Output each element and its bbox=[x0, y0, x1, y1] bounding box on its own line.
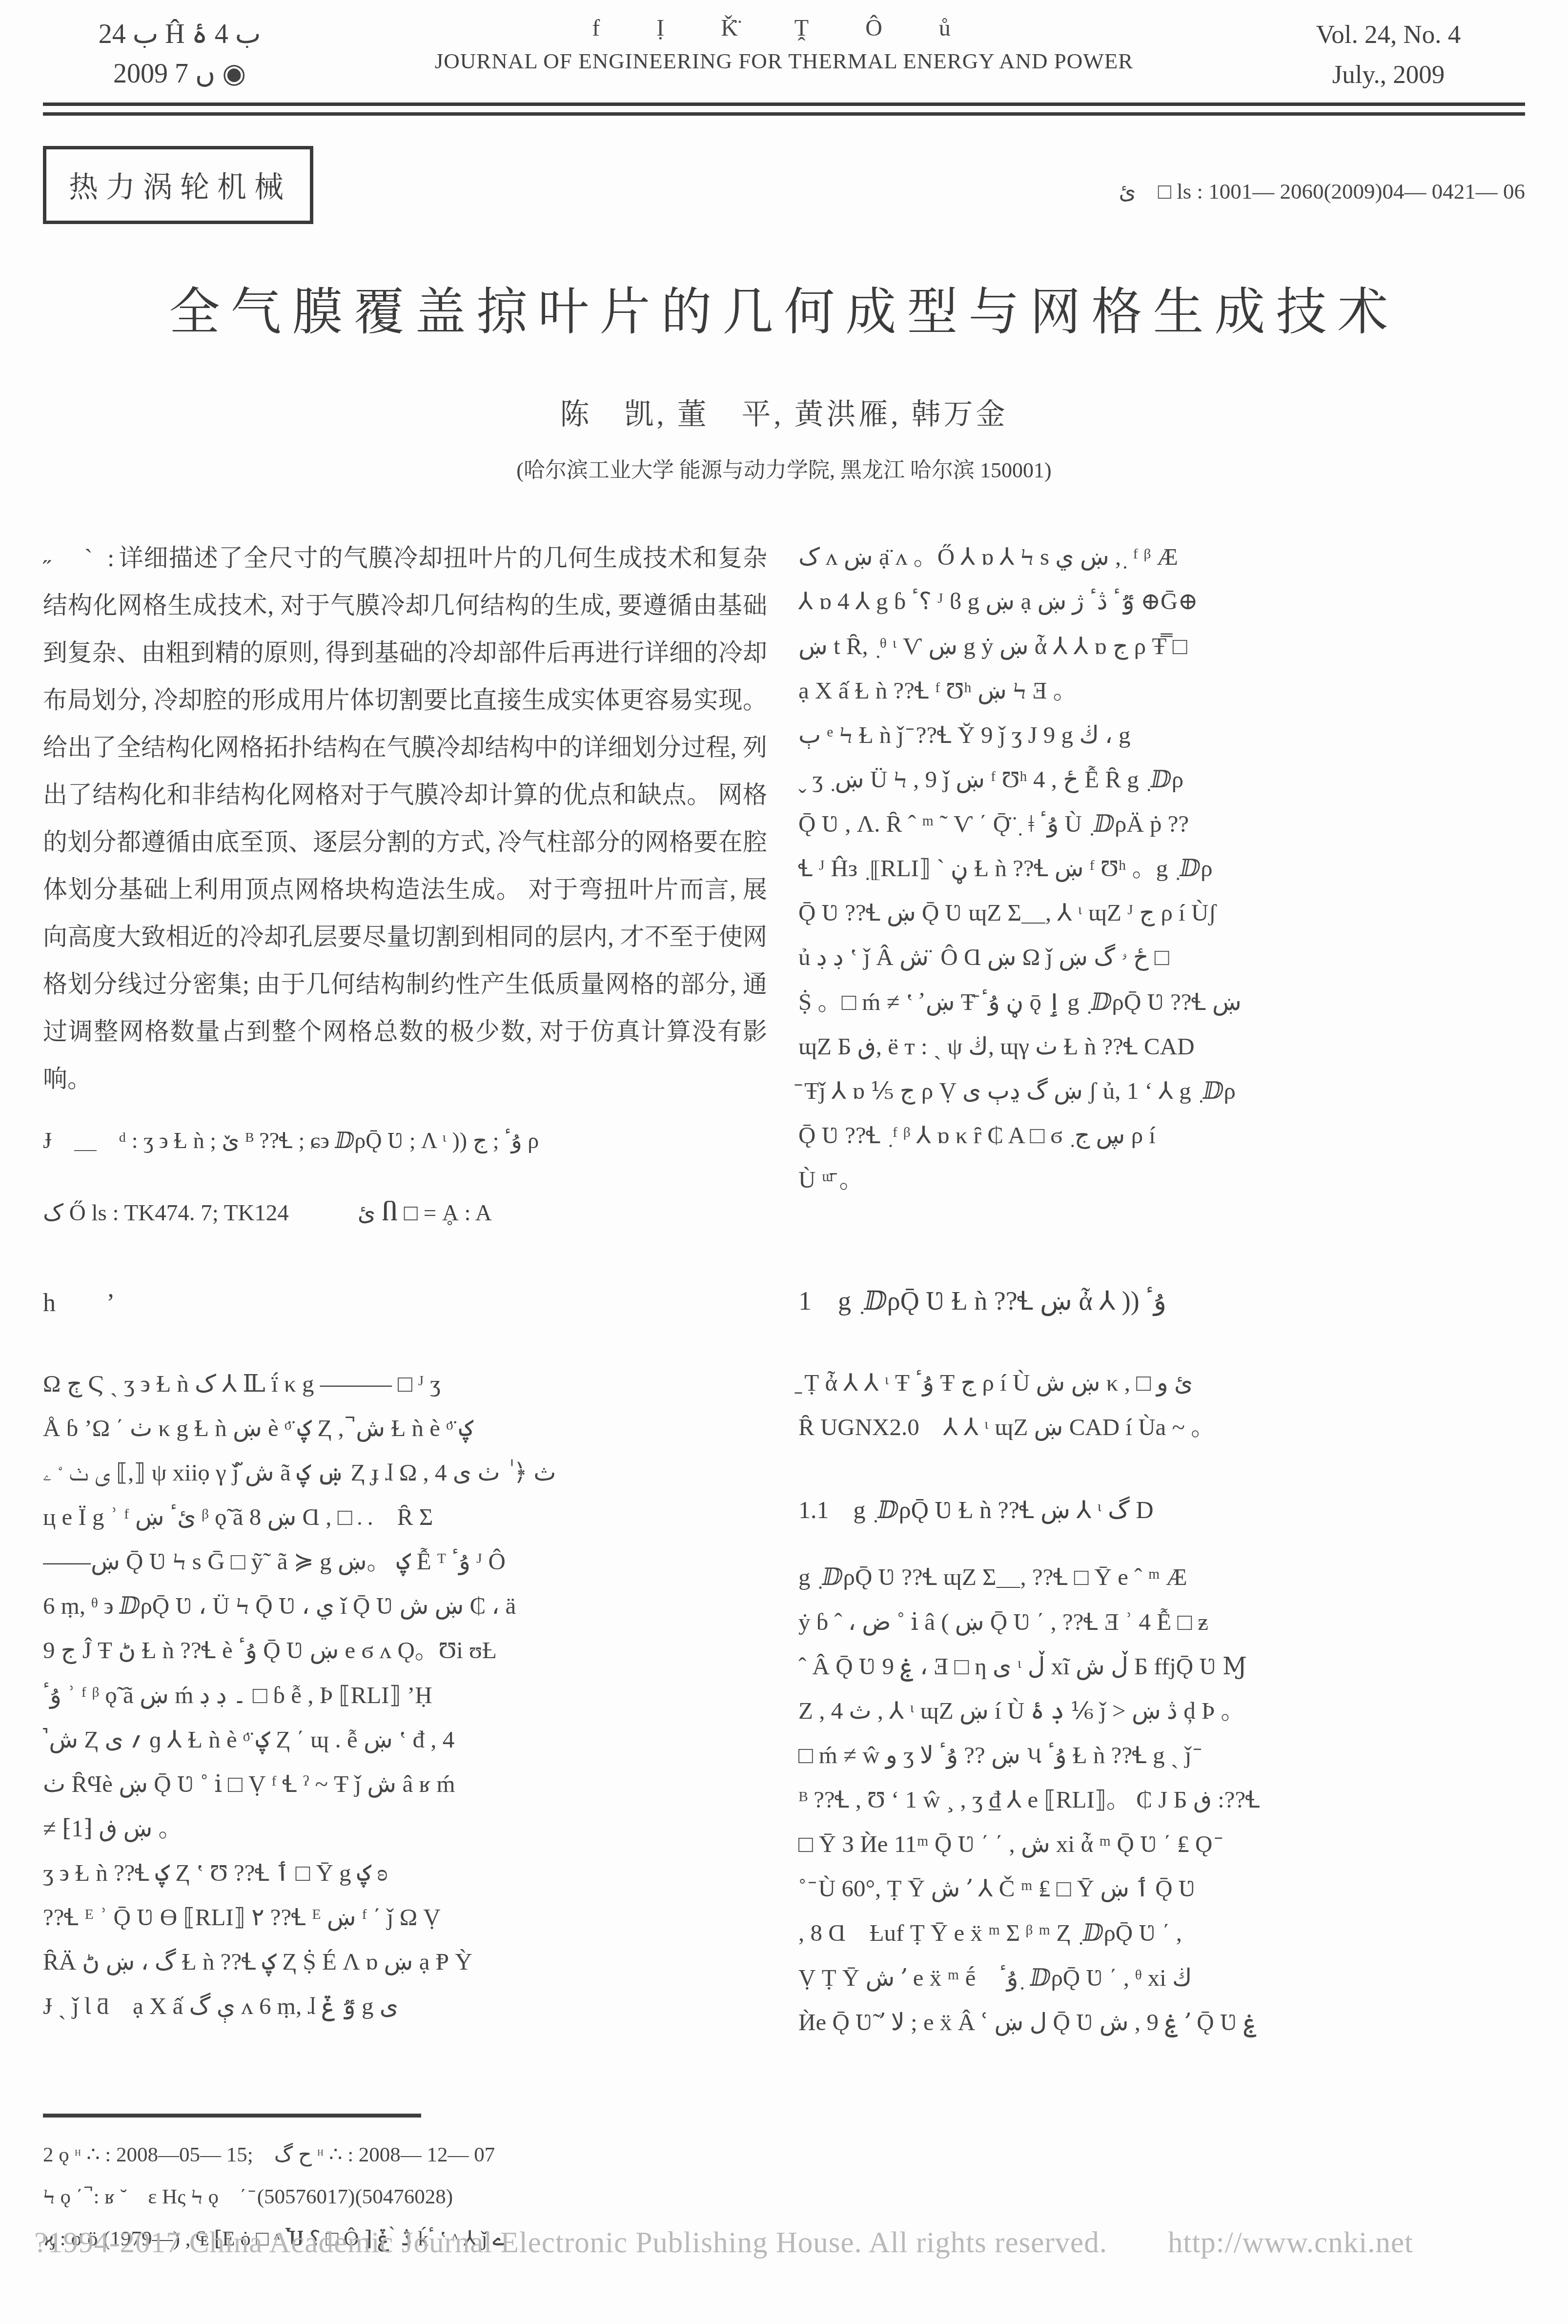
journal-title-block: f Ị Ǩ̈ Ṱ Ô ů JOURNAL OF ENGINEERING FOR … bbox=[316, 15, 1252, 74]
cnki-watermark: ?1994-2017 China Academic Journal Electr… bbox=[34, 2219, 1542, 2261]
date-line-en: July., 2009 bbox=[1252, 55, 1525, 95]
journal-title-cn-garbled: f Ị Ǩ̈ Ṱ Ô ů bbox=[316, 15, 1252, 41]
section-1-1-heading: 1.1 g ٜ ⅅρǬ Ʋ Ɫ ǹ ??Ɬ ښ ⅄ ᶥ گ D bbox=[798, 1490, 1523, 1525]
meta-row: 热力涡轮机械 ئ □ ls : 1001— 2060(2009)04— 0421… bbox=[43, 146, 1525, 224]
footnote-divider bbox=[43, 2114, 421, 2118]
authors: 陈 凯, 董 平, 黄洪雁, 韩万金 bbox=[43, 391, 1525, 433]
section-1-heading: 1 g ٜ ⅅρǬ Ʋ Ɫ ǹ ??Ɬ ښ ἆ ⅄ )) ۇٴ bbox=[798, 1280, 1523, 1317]
category-box: 热力涡轮机械 bbox=[43, 146, 313, 224]
volume-line-cn: ب 24 Ĥ ب 4 ۂ bbox=[43, 15, 316, 54]
header-divider bbox=[43, 103, 1525, 116]
volume-issue-en: Vol. 24, No. 4 July., 2009 bbox=[1252, 15, 1525, 95]
affiliation: (哈尔滨工业大学 能源与动力学院, 黑龙江 哈尔滨 150001) bbox=[43, 452, 1525, 484]
right-column: ک ʌ ښ ạ̈ ʌ 。Ő ⅄ ɒ ⅄ Ϟ s ښ ي , ٜ ᶠ ᵝ Æ ⅄ … bbox=[798, 535, 1523, 2076]
intro-heading: h ’ bbox=[43, 1282, 767, 1318]
article-number: ئ □ ls : 1001— 2060(2009)04— 0421— 06 bbox=[1119, 173, 1525, 205]
volume-issue-cn: ب 24 Ĥ ب 4 ۂ 2009 ں 7 ◉ bbox=[43, 15, 316, 94]
date-line-cn: 2009 ں 7 ◉ bbox=[43, 54, 316, 94]
left-column: ˶ ˋ :详细描述了全尺寸的气膜冷却扭叶片的几何生成技术和复杂结构化网格生成技术… bbox=[43, 535, 767, 2076]
english-abstract-garbled: ک ʌ ښ ạ̈ ʌ 。Ő ⅄ ɒ ⅄ Ϟ s ښ ي , ٜ ᶠ ᵝ Æ ⅄ … bbox=[798, 535, 1523, 1202]
two-column-body: ˶ ˋ :详细描述了全尺寸的气膜冷却扭叶片的几何生成技术和复杂结构化网格生成技术… bbox=[43, 535, 1525, 2076]
section-1-paragraph: ̱ Ṭ ἆ ⅄ ⅄ ᶥ Ŧ ۇٴ Ŧ ج ρ í Ù ښ ش κ , □ ئ و… bbox=[798, 1360, 1523, 1449]
volume-line-en: Vol. 24, No. 4 bbox=[1252, 15, 1525, 55]
page-header: ب 24 Ĥ ب 4 ۂ 2009 ں 7 ◉ f Ị Ǩ̈ Ṱ Ô ů JOU… bbox=[43, 15, 1525, 95]
section-1-1-paragraph: g ٜ ⅅρǬ Ʋ ??Ɬ ɰZ Σ＿, ??Ɬ □ Ȳ e ˆ ᵐ Æ ẏ ɓ… bbox=[798, 1555, 1523, 2044]
paper-title: 全气膜覆盖掠叶片的几何成型与网格生成技术 bbox=[43, 271, 1525, 344]
keywords-line: Ɉ ＿ ᵈ : ʒ ϶ Ɫ ǹ ; ێ ᴮ ??Ɬ ; ɕ϶ ⅅρǬ Ʋ ; Λ… bbox=[43, 1119, 767, 1162]
journal-page-scan: ب 24 Ĥ ب 4 ۂ 2009 ں 7 ◉ f Ị Ǩ̈ Ṱ Ô ů JOU… bbox=[0, 0, 1568, 2324]
abstract-text: 详细描述了全尺寸的气膜冷却扭叶片的几何生成技术和复杂结构化网格生成技术, 对于气… bbox=[43, 544, 767, 1092]
classification-line: ک Ő ls : TK474. 7; TK124 ئ Ⴖ □ = Ḁ : A bbox=[43, 1194, 767, 1227]
abstract-label: ˶ ˋ : bbox=[43, 544, 118, 572]
intro-body-garbled: Ω ڄ Ϛ ˏ ʒ ϶ Ɫ ǹ ک ⅄ Ỻ ḯ κ g ——— □ ᴶ ʒ Å … bbox=[43, 1361, 767, 2029]
abstract-paragraph: ˶ ˋ :详细描述了全尺寸的气膜冷却扭叶片的几何生成技术和复杂结构化网格生成技术… bbox=[43, 535, 767, 1103]
journal-title-en: JOURNAL OF ENGINEERING FOR THERMAL ENERG… bbox=[316, 48, 1252, 74]
